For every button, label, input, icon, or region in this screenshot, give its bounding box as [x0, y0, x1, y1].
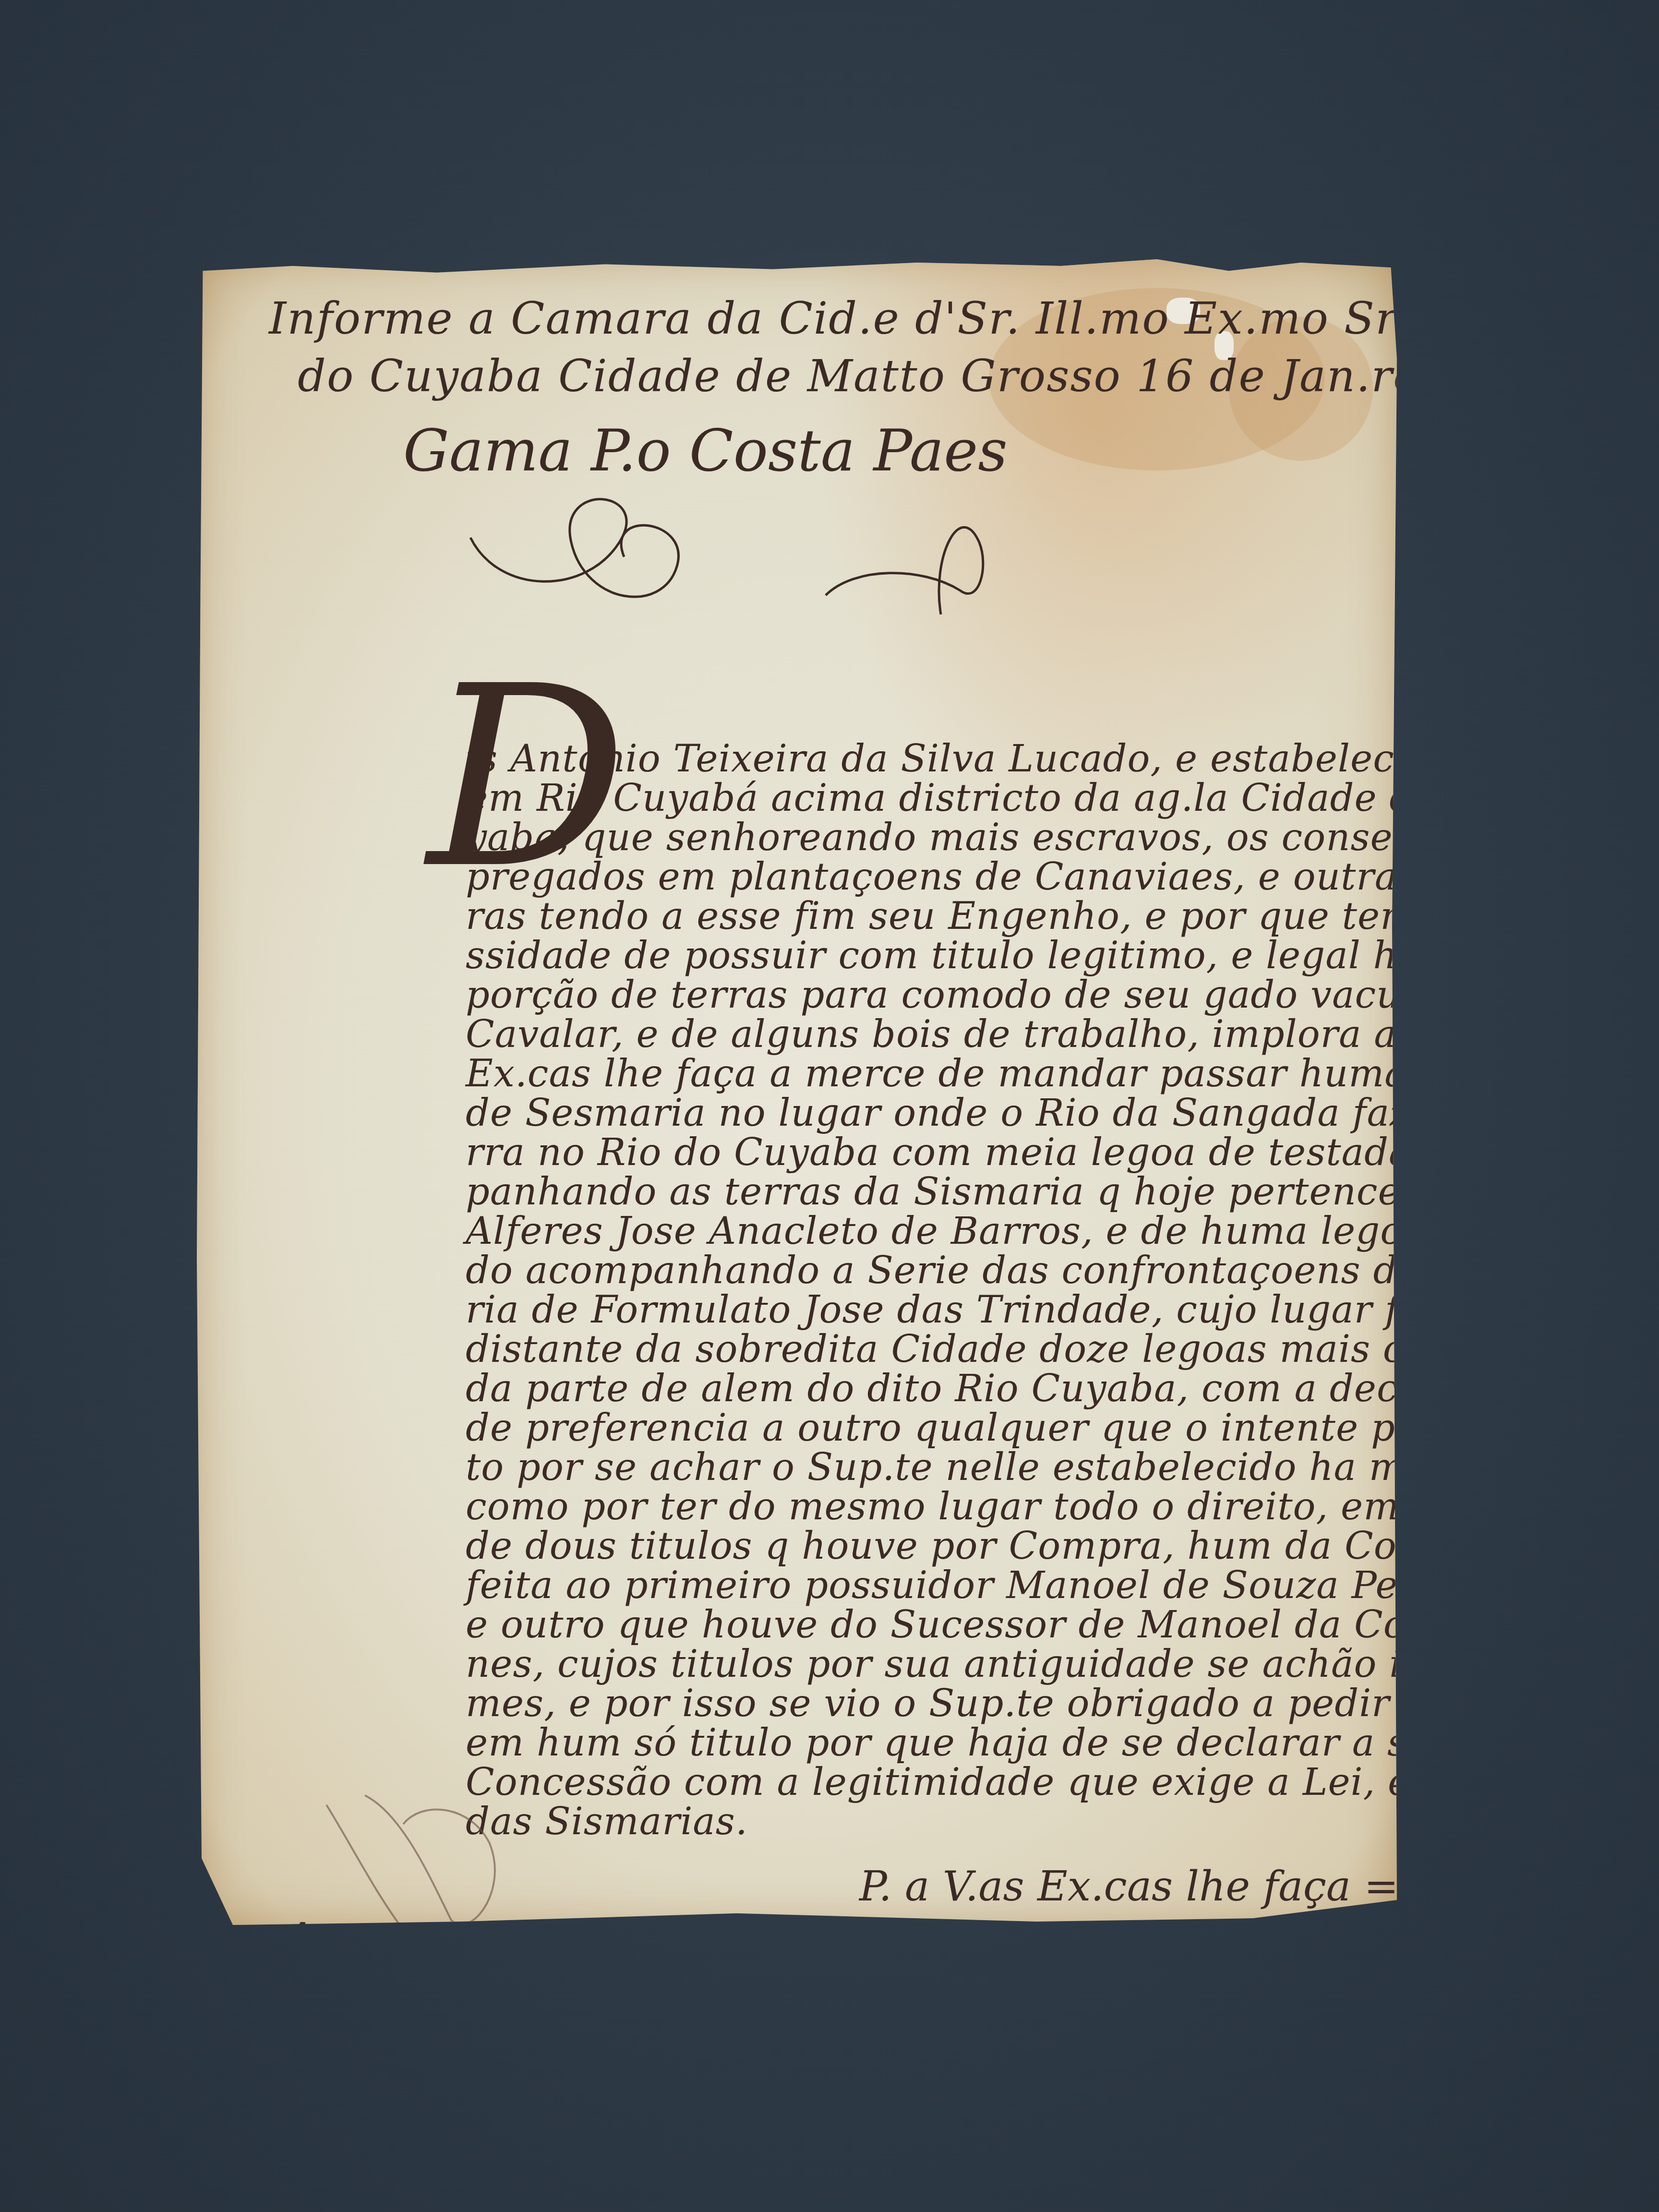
header-line-2: do Cuyaba Cidade de Matto Grosso 16 de J… [298, 350, 1638, 402]
body-line: de Sesmaria no lugar onde o Rio da Sanga… [466, 1094, 1354, 1133]
petitioner-signature: Antonio Teixeira da S.a [278, 1911, 943, 1977]
body-line: distante da sobredita Cidade doze legoas… [466, 1330, 1354, 1369]
body-line: de preferencia a outro qualquer que o in… [466, 1408, 1354, 1448]
body-line: ria de Formulato Jose das Trindade, cujo… [466, 1290, 1354, 1330]
body-line: em Rio Cuyabá acima districto da ag.la C… [466, 779, 1354, 818]
body-line: de dous titulos q houve por Compra, hum … [466, 1527, 1354, 1566]
header-line-1: Informe a Camara da Cid.e d'Sr. Ill.mo E… [269, 293, 1407, 344]
body-line: rra no Rio do Cuyaba com meia legoa de t… [466, 1133, 1354, 1172]
body-line: Concessão com a legitimidade que exige a… [466, 1763, 1354, 1802]
body-line: porção de terras para comodo de seu gado… [466, 975, 1354, 1015]
body-line: pregados em plantaçoens de Canaviaes, e … [466, 857, 1354, 897]
body-line: do acompanhando a Serie das confrontaçoe… [466, 1251, 1354, 1290]
body-line: em hum só titulo por que haja de se decl… [466, 1723, 1354, 1763]
body-line: ras tendo a esse fim seu Engenho, e por … [466, 897, 1354, 936]
body-line: ssidade de possuir com titulo legitimo, … [466, 936, 1354, 975]
petition-body: is Antonio Teixeira da Silva Lucado, e e… [466, 739, 1354, 1841]
signature-flourish [461, 470, 1037, 624]
body-line: das Sismarias. [466, 1802, 1354, 1841]
body-line: nes, cujos titulos por sua antiguidade s… [466, 1645, 1354, 1684]
body-line: Ex.cas lhe faça a merce de mandar passar… [466, 1054, 1354, 1094]
body-line: mes, e por isso se vio o Sup.te obrigado… [466, 1684, 1354, 1723]
body-line: e outro que houve do Sucessor de Manoel … [466, 1605, 1354, 1645]
closing-formula: P. a V.as Ex.cas lhe faça = [859, 1863, 1398, 1911]
body-line: como por ter do mesmo lugar todo o direi… [466, 1487, 1354, 1527]
body-line: panhando as terras da Sismaria q hoje pe… [466, 1172, 1354, 1212]
body-line: da parte de alem do dito Rio Cuyaba, com… [466, 1369, 1354, 1408]
body-line: feita ao primeiro possuidor Manoel de So… [466, 1566, 1354, 1605]
body-line: yaba, que senhoreando mais escravos, os … [466, 818, 1354, 857]
body-line: is Antonio Teixeira da Silva Lucado, e e… [466, 739, 1354, 779]
body-line: Alferes Jose Anacleto de Barros, e de hu… [466, 1212, 1354, 1251]
manuscript-page: Informe a Camara da Cid.e d'Sr. Ill.mo E… [197, 259, 1397, 1925]
body-line: to por se achar o Sup.te nelle estabelec… [466, 1448, 1354, 1487]
body-line: Cavalar, e de alguns bois de trabalho, i… [466, 1015, 1354, 1054]
